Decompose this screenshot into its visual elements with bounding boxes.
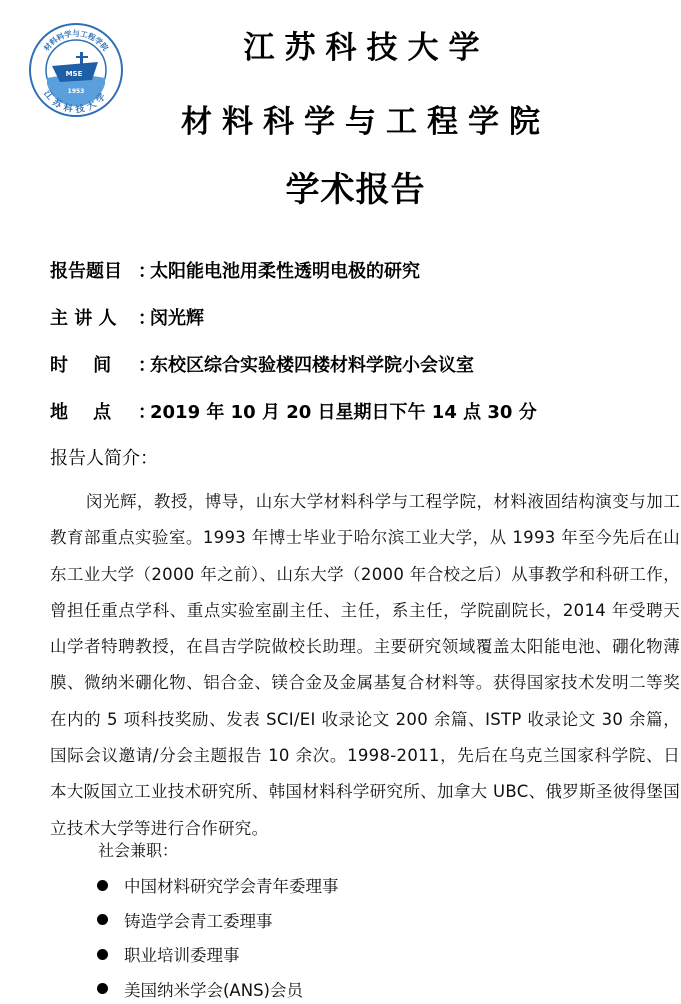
time-value: 东校区综合实验楼四楼材料学院小会议室 [150,355,474,376]
document-type-title: 学术报告 [0,162,681,211]
field-label: 主 讲 人 [50,304,138,330]
field-colon: ： [138,304,150,330]
roles-list: 中国材料研究学会青年委理事 铸造学会青工委理事 职业培训委理事 美国纳米学会(A… [95,868,339,1004]
role-text: 中国材料研究学会青年委理事 [124,873,339,897]
roles-heading: 社会兼职： [98,838,178,861]
field-speaker: 主 讲 人：闵光辉 [50,304,204,330]
bullet-icon [97,914,108,925]
svg-text:MSE: MSE [66,70,83,78]
list-item: 铸造学会青工委理事 [95,903,339,938]
university-name: 江苏科技大学 [0,22,681,67]
role-text: 职业培训委理事 [124,942,240,966]
list-item: 职业培训委理事 [95,937,339,972]
field-location: 地 点：2019 年 10 月 20 日星期日下午 14 点 30 分 [50,398,537,424]
bullet-icon [97,880,108,891]
field-label: 时 间 [50,351,138,377]
report-title-value: 太阳能电池用柔性透明电极的研究 [150,261,420,282]
list-item: 美国纳米学会(ANS)会员 [95,972,339,1004]
field-colon: ： [138,257,150,283]
field-colon: ： [138,398,150,424]
bullet-icon [97,983,108,994]
list-item: 中国材料研究学会青年委理事 [95,868,339,903]
field-report-title: 报告题目：太阳能电池用柔性透明电极的研究 [50,257,420,283]
bio-paragraph: 闵光辉，教授，博导，山东大学材料科学与工程学院，材料液固结构演变与加工教育部重点… [50,484,680,847]
role-text: 铸造学会青工委理事 [124,908,273,932]
field-time: 时 间：东校区综合实验楼四楼材料学院小会议室 [50,351,474,377]
bio-heading: 报告人简介： [50,444,158,470]
speaker-value: 闵光辉 [150,308,204,329]
bullet-icon [97,949,108,960]
field-label: 地 点 [50,398,138,424]
field-label: 报告题目 [50,257,138,283]
field-colon: ： [138,351,150,377]
location-value: 2019 年 10 月 20 日星期日下午 14 点 30 分 [150,402,537,423]
role-text: 美国纳米学会(ANS)会员 [124,977,303,1001]
svg-text:1953: 1953 [68,88,85,95]
school-name: 材料科学与工程学院 [0,96,681,141]
